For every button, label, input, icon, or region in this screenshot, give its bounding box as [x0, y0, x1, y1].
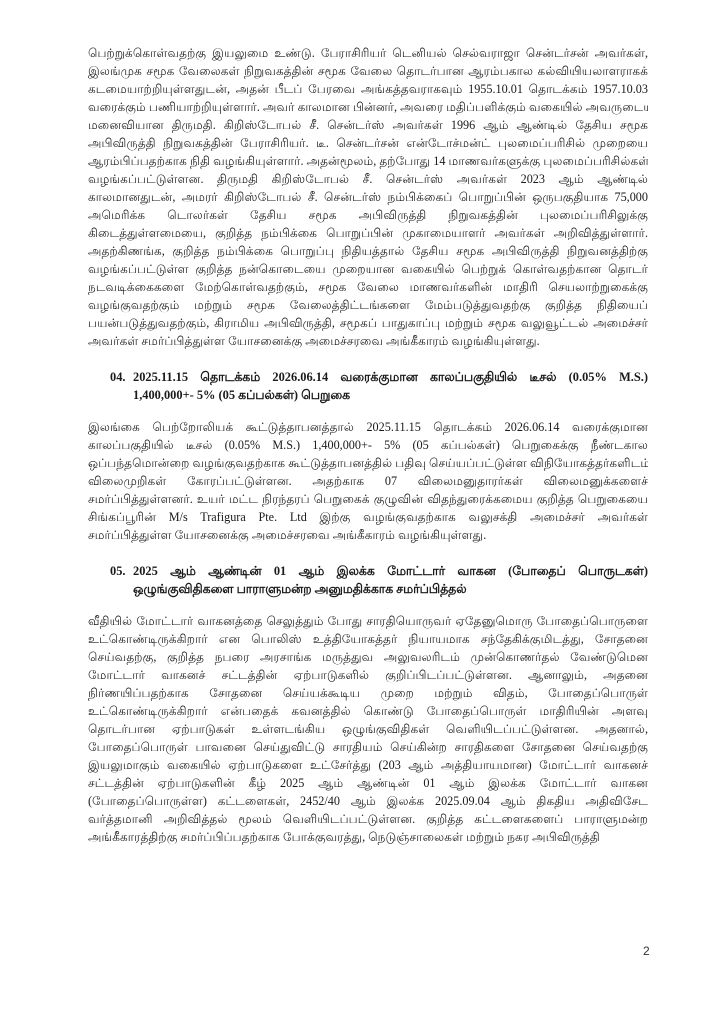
text-line: தொடர்பான ஏற்பாடுகள் உள்ளடங்கிய ஒழுங்குவி… [88, 720, 648, 738]
text-line: மோட்டார் வாகனச் சட்டத்தின் ஏற்பாடுகளில் … [88, 666, 648, 684]
heading-line: 1,400,000+- 5% (05 கப்பல்கள்) பெறுகை [133, 386, 648, 404]
heading-line: 2025.11.15 தொடக்கம் 2026.06.14 வரைக்குமா… [133, 368, 648, 386]
text-line: அங்கீகாரத்திற்கு சமர்ப்பிப்பதற்காக போக்க… [88, 828, 648, 846]
section-04-heading: 04. 2025.11.15 தொடக்கம் 2026.06.14 வரைக்… [88, 368, 648, 404]
text-line: சமர்ப்பித்துள்ள யோசனைக்கு அமைச்சரவை அங்க… [88, 526, 648, 544]
text-line: வீதியில் மோட்டார் வாகனத்தை செலுத்தும் போ… [88, 612, 648, 630]
section-05-number: 05. [110, 562, 126, 580]
spacer [88, 350, 648, 368]
text-line: அபிவிருத்தி நிறுவகத்தின் பேராசிரியர். டீ… [88, 134, 648, 152]
page-number: 2 [643, 944, 650, 958]
heading-line: ஒழுங்குவிதிகளை பாராளுமன்ற அனுமதிக்காக சம… [133, 580, 648, 598]
text-line: பயன்படுத்துவதற்கும், கிராமிய அபிவிருத்தி… [88, 314, 648, 332]
text-line: இலங்முக சமூக வேலைகள் நிறுவகத்தின் சமூக வ… [88, 62, 648, 80]
text-line: இலங்கை பெற்றோலியக் கூட்டுத்தாபனத்தால் 20… [88, 418, 648, 436]
paragraph-ndsd-scholarship: பெற்றுக்கொள்வதற்கு இயலுமை உண்டு. பேராசிர… [88, 44, 648, 350]
spacer [88, 404, 648, 418]
text-line: காலமானதுடன், அமரர் கிறிஸ்டோபல் சீ. சென்ட… [88, 188, 648, 206]
text-line: அவர்கள் சமர்ப்பித்துள்ள யோசனைக்கு அமைச்ச… [88, 332, 648, 350]
section-05-heading: 05. 2025 ஆம் ஆண்டின் 01 ஆம் இலக்க மோட்டா… [88, 562, 648, 598]
text-line: (போதைப்பொருள்ள) கட்டளைகள், 2452/40 ஆம் இ… [88, 792, 648, 810]
text-line: சட்டத்தின் ஏற்பாடுகளின் கீழ் 2025 ஆம் ஆண… [88, 774, 648, 792]
section-04-body: இலங்கை பெற்றோலியக் கூட்டுத்தாபனத்தால் 20… [88, 418, 648, 544]
text-line: உட்கொண்டிருக்கிறார் என்பதைக் கவனத்தில் க… [88, 702, 648, 720]
text-line: செய்வதற்கு, குறித்த நபரை அரசாங்க மருத்து… [88, 648, 648, 666]
text-line: நிர்ணயிப்பதற்காக சோதனை செய்யக்கூடிய முறை… [88, 684, 648, 702]
text-line: கடமையாற்றியுள்ளதுடன், அதன் பீடப் பேரவை அ… [88, 80, 648, 98]
section-04-number: 04. [110, 368, 126, 386]
text-line: சமர்ப்பித்துள்ளனர். உயர் மட்ட நிரந்தரப் … [88, 490, 648, 508]
text-line: அதற்கிணங்க, குறித்த நம்பிக்கை பொறுப்பு ந… [88, 242, 648, 260]
text-line: கிடைத்துள்ளமையை, குறித்த நம்பிக்கை பொறுப… [88, 224, 648, 242]
text-line: காலப்பகுதியில் டீசல் (0.05% M.S.) 1,400,… [88, 436, 648, 454]
text-line: ஒப்பந்தமொன்றை வழங்குவதற்காக கூட்டுத்தாபன… [88, 454, 648, 472]
text-line: வழங்கப்பட்டுள்ளன. திருமதி கிறிஸ்டோபல் சீ… [88, 170, 648, 188]
text-line: வர்த்தமானி அறிவித்தல் மூலம் வெளியிடப்பட்… [88, 810, 648, 828]
text-line: பெற்றுக்கொள்வதற்கு இயலுமை உண்டு. பேராசிர… [88, 44, 648, 62]
text-line: விலைமுறிகள் கோரப்பட்டுள்ளன. அதற்காக 07 வ… [88, 472, 648, 490]
spacer [88, 544, 648, 562]
text-line: வழங்கப்பட்டுள்ள குறித்த நன்கொடையை முறையா… [88, 260, 648, 278]
text-line: ஆரம்பிப்பதற்காக நிதி வழங்கியுள்ளார். அதன… [88, 152, 648, 170]
text-line: உட்கொண்டிருக்கிறார் என பொலிஸ் உத்தியோகத்… [88, 630, 648, 648]
text-line: மனைவியான திருமதி. கிறிஸ்டோபல் சீ. சென்டர… [88, 116, 648, 134]
text-line: போதைப்பொருள் பாவனை செய்துவிட்டு சாரதியம்… [88, 738, 648, 756]
text-line: நடவடிக்கைகளை மேற்கொள்வதற்கும், சமூக வேலை… [88, 278, 648, 296]
document-page: பெற்றுக்கொள்வதற்கு இயலுமை உண்டு. பேராசிர… [88, 44, 648, 846]
text-line: இயலுமாகும் வகையில் ஏற்பாடுகளை உட்சேர்த்த… [88, 756, 648, 774]
heading-line: 2025 ஆம் ஆண்டின் 01 ஆம் இலக்க மோட்டார் வ… [133, 562, 648, 580]
text-line: சிங்கப்பூரின் M/s Trafigura Pte. Ltd இற்… [88, 508, 648, 526]
text-line: வரைக்கும் பணியாற்றியுள்ளார். அவர் காலமான… [88, 98, 648, 116]
section-05-body: வீதியில் மோட்டார் வாகனத்தை செலுத்தும் போ… [88, 612, 648, 846]
spacer [88, 598, 648, 612]
text-line: வழங்குவதற்கும் மற்றும் சமூக வேலைத்திட்டங… [88, 296, 648, 314]
text-line: அமெரிக்க டொலர்கள் தேசிய சமூக அபிவிருத்தி… [88, 206, 648, 224]
